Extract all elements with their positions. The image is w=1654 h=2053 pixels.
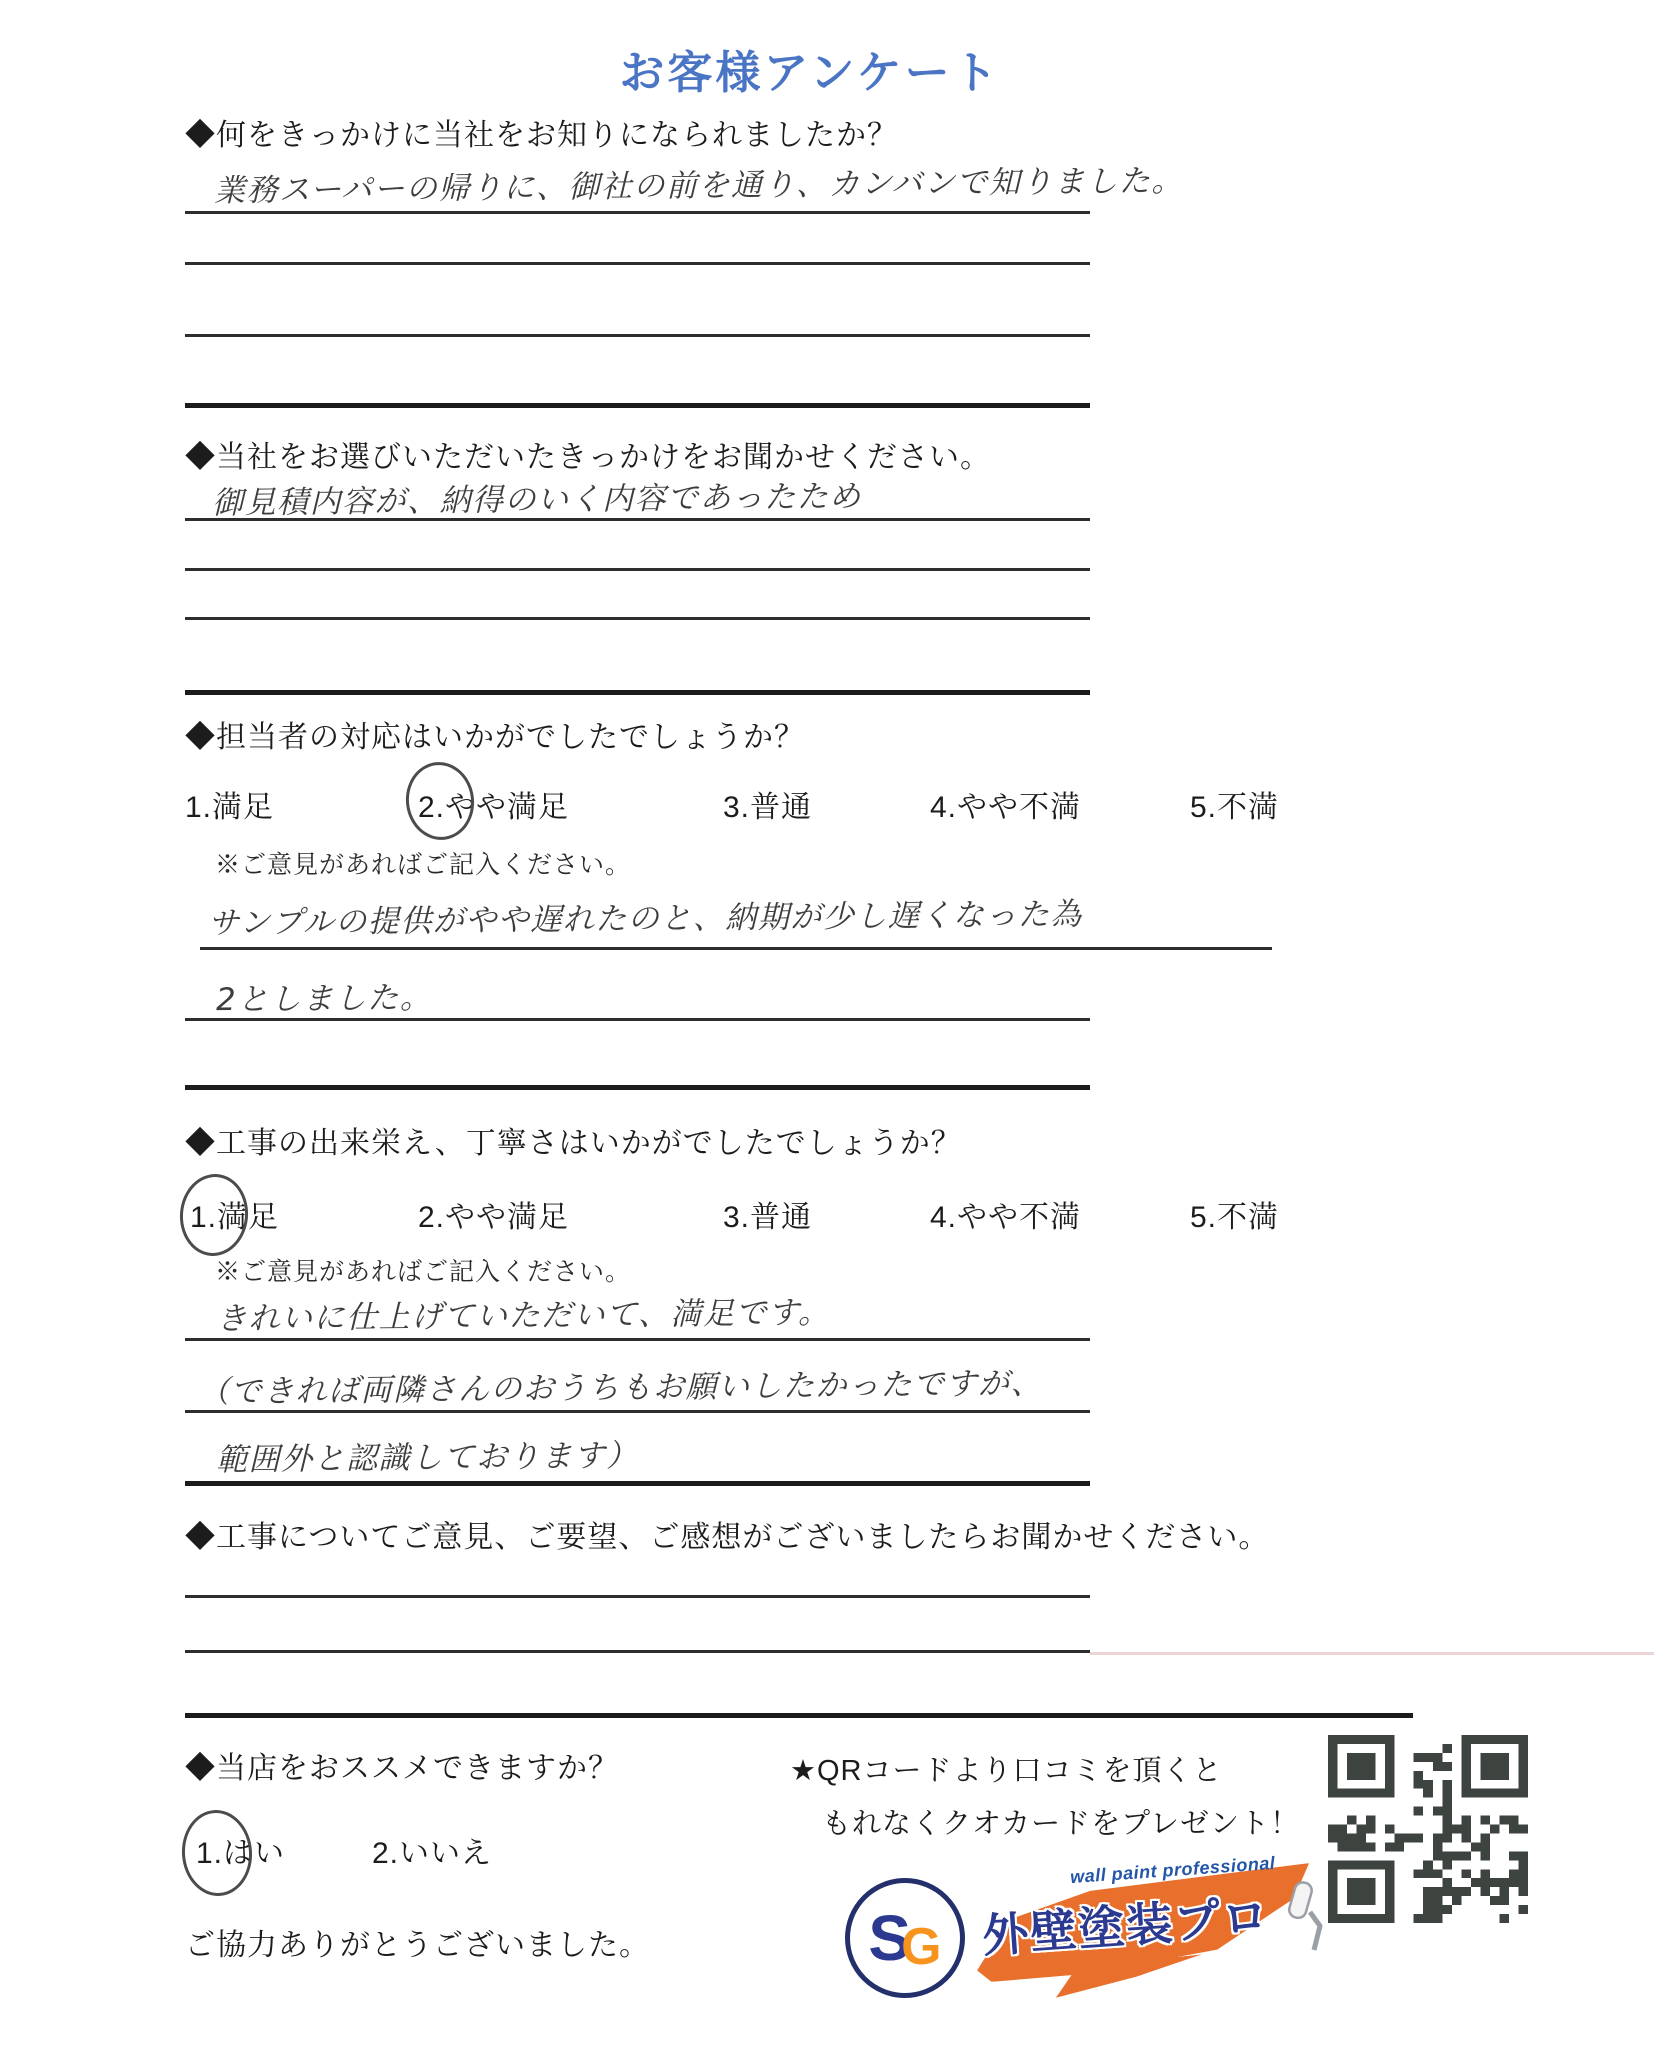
question-6-label: ◆当店をおススメできますか？ <box>185 1743 619 1787</box>
q3-selection-circle <box>402 758 479 844</box>
question-5-label: ◆工事についてご意見、ご要望、ご感想がございましたらお聞かせください。 <box>185 1512 1269 1556</box>
question-3-label: ◆担当者の対応はいかがでしたでしょうか？ <box>185 712 805 756</box>
ruled-line <box>185 1018 1090 1021</box>
ruled-line <box>185 262 1090 265</box>
ruled-line <box>185 211 1090 214</box>
qr-promo-line-2: もれなくクオカードをプレゼント！ <box>822 1801 1300 1842</box>
ruled-line <box>185 617 1090 620</box>
ruled-line <box>200 947 1272 950</box>
paint-roller-icon <box>1286 1880 1332 1956</box>
q4-selection-circle <box>177 1171 252 1259</box>
ruled-line <box>185 1410 1090 1413</box>
q6-selection-circle <box>179 1808 255 1899</box>
section-divider <box>185 1085 1090 1090</box>
qr-code <box>1328 1735 1528 1923</box>
closing-text: ご協力ありがとうございました。 <box>185 1920 650 1964</box>
scan-artifact-line <box>1090 1652 1654 1655</box>
question-2-label: ◆当社をお選びいただいたきっかけをお聞かせください。 <box>185 432 991 476</box>
ruled-line <box>185 1595 1090 1598</box>
sg-logo: S G <box>845 1878 965 1998</box>
q3-option-4: 4.やや不満 <box>930 782 1081 826</box>
ruled-line <box>185 518 1090 521</box>
q3-answer-handwriting-2: 2としました。 <box>216 972 433 1019</box>
q4-note: ※ご意見があればご記入ください。 <box>215 1252 631 1288</box>
q4-option-4: 4.やや不満 <box>930 1192 1081 1236</box>
question-1-answer-handwriting: 業務スーパーの帰りに、御社の前を通り、カンバンで知りました。 <box>214 155 1184 210</box>
ruled-line <box>185 1650 1090 1653</box>
question-2-answer-handwriting: 御見積内容が、納得のいく内容であったため <box>212 471 862 523</box>
section-divider <box>185 1481 1090 1486</box>
q3-answer-handwriting-1: サンプルの提供がやや遅れたのと、納期が少し遅くなった為 <box>208 888 1083 942</box>
q3-option-3: 3.普通 <box>723 782 812 826</box>
section-divider <box>185 1713 1413 1718</box>
q4-answer-handwriting-1: きれいに仕上げていただいて、満足です。 <box>216 1287 831 1338</box>
ruled-line <box>185 1338 1090 1341</box>
q6-option-no: 2.いいえ <box>372 1828 492 1872</box>
q4-option-2: 2.やや満足 <box>418 1192 569 1236</box>
q3-option-5: 5.不満 <box>1190 782 1279 826</box>
q4-option-5: 5.不満 <box>1190 1192 1279 1236</box>
q4-answer-handwriting-2: （できれば両隣さんのおうちもお願いしたかったですが、 <box>198 1358 1043 1412</box>
question-4-label: ◆工事の出来栄え、丁寧さはいかがでしたでしょうか？ <box>185 1118 962 1162</box>
brand-name: 外壁塗装プロ <box>980 1880 1272 1966</box>
question-1-label: ◆何をきっかけに当社をお知りになられましたか？ <box>185 110 898 154</box>
section-divider <box>185 403 1090 408</box>
section-divider <box>185 690 1090 695</box>
q3-option-1: 1.満足 <box>185 782 274 826</box>
ruled-line <box>185 334 1090 337</box>
qr-promo-line-1: ★QRコードより口コミを頂くと <box>790 1748 1223 1789</box>
q3-note: ※ご意見があればご記入ください。 <box>215 845 631 881</box>
q4-answer-handwriting-3: 範囲外と認識しております） <box>216 1430 639 1479</box>
page-title: お客様アンケート <box>185 36 1435 101</box>
survey-page: お客様アンケート ◆何をきっかけに当社をお知りになられましたか？ 業務スーパーの… <box>0 0 1654 2053</box>
ruled-line <box>185 568 1090 571</box>
brand-logo: wall paint professional 外壁塗装プロ <box>968 1858 1320 1994</box>
sg-logo-letter-g: G <box>901 1921 941 1973</box>
q4-option-3: 3.普通 <box>723 1192 812 1236</box>
